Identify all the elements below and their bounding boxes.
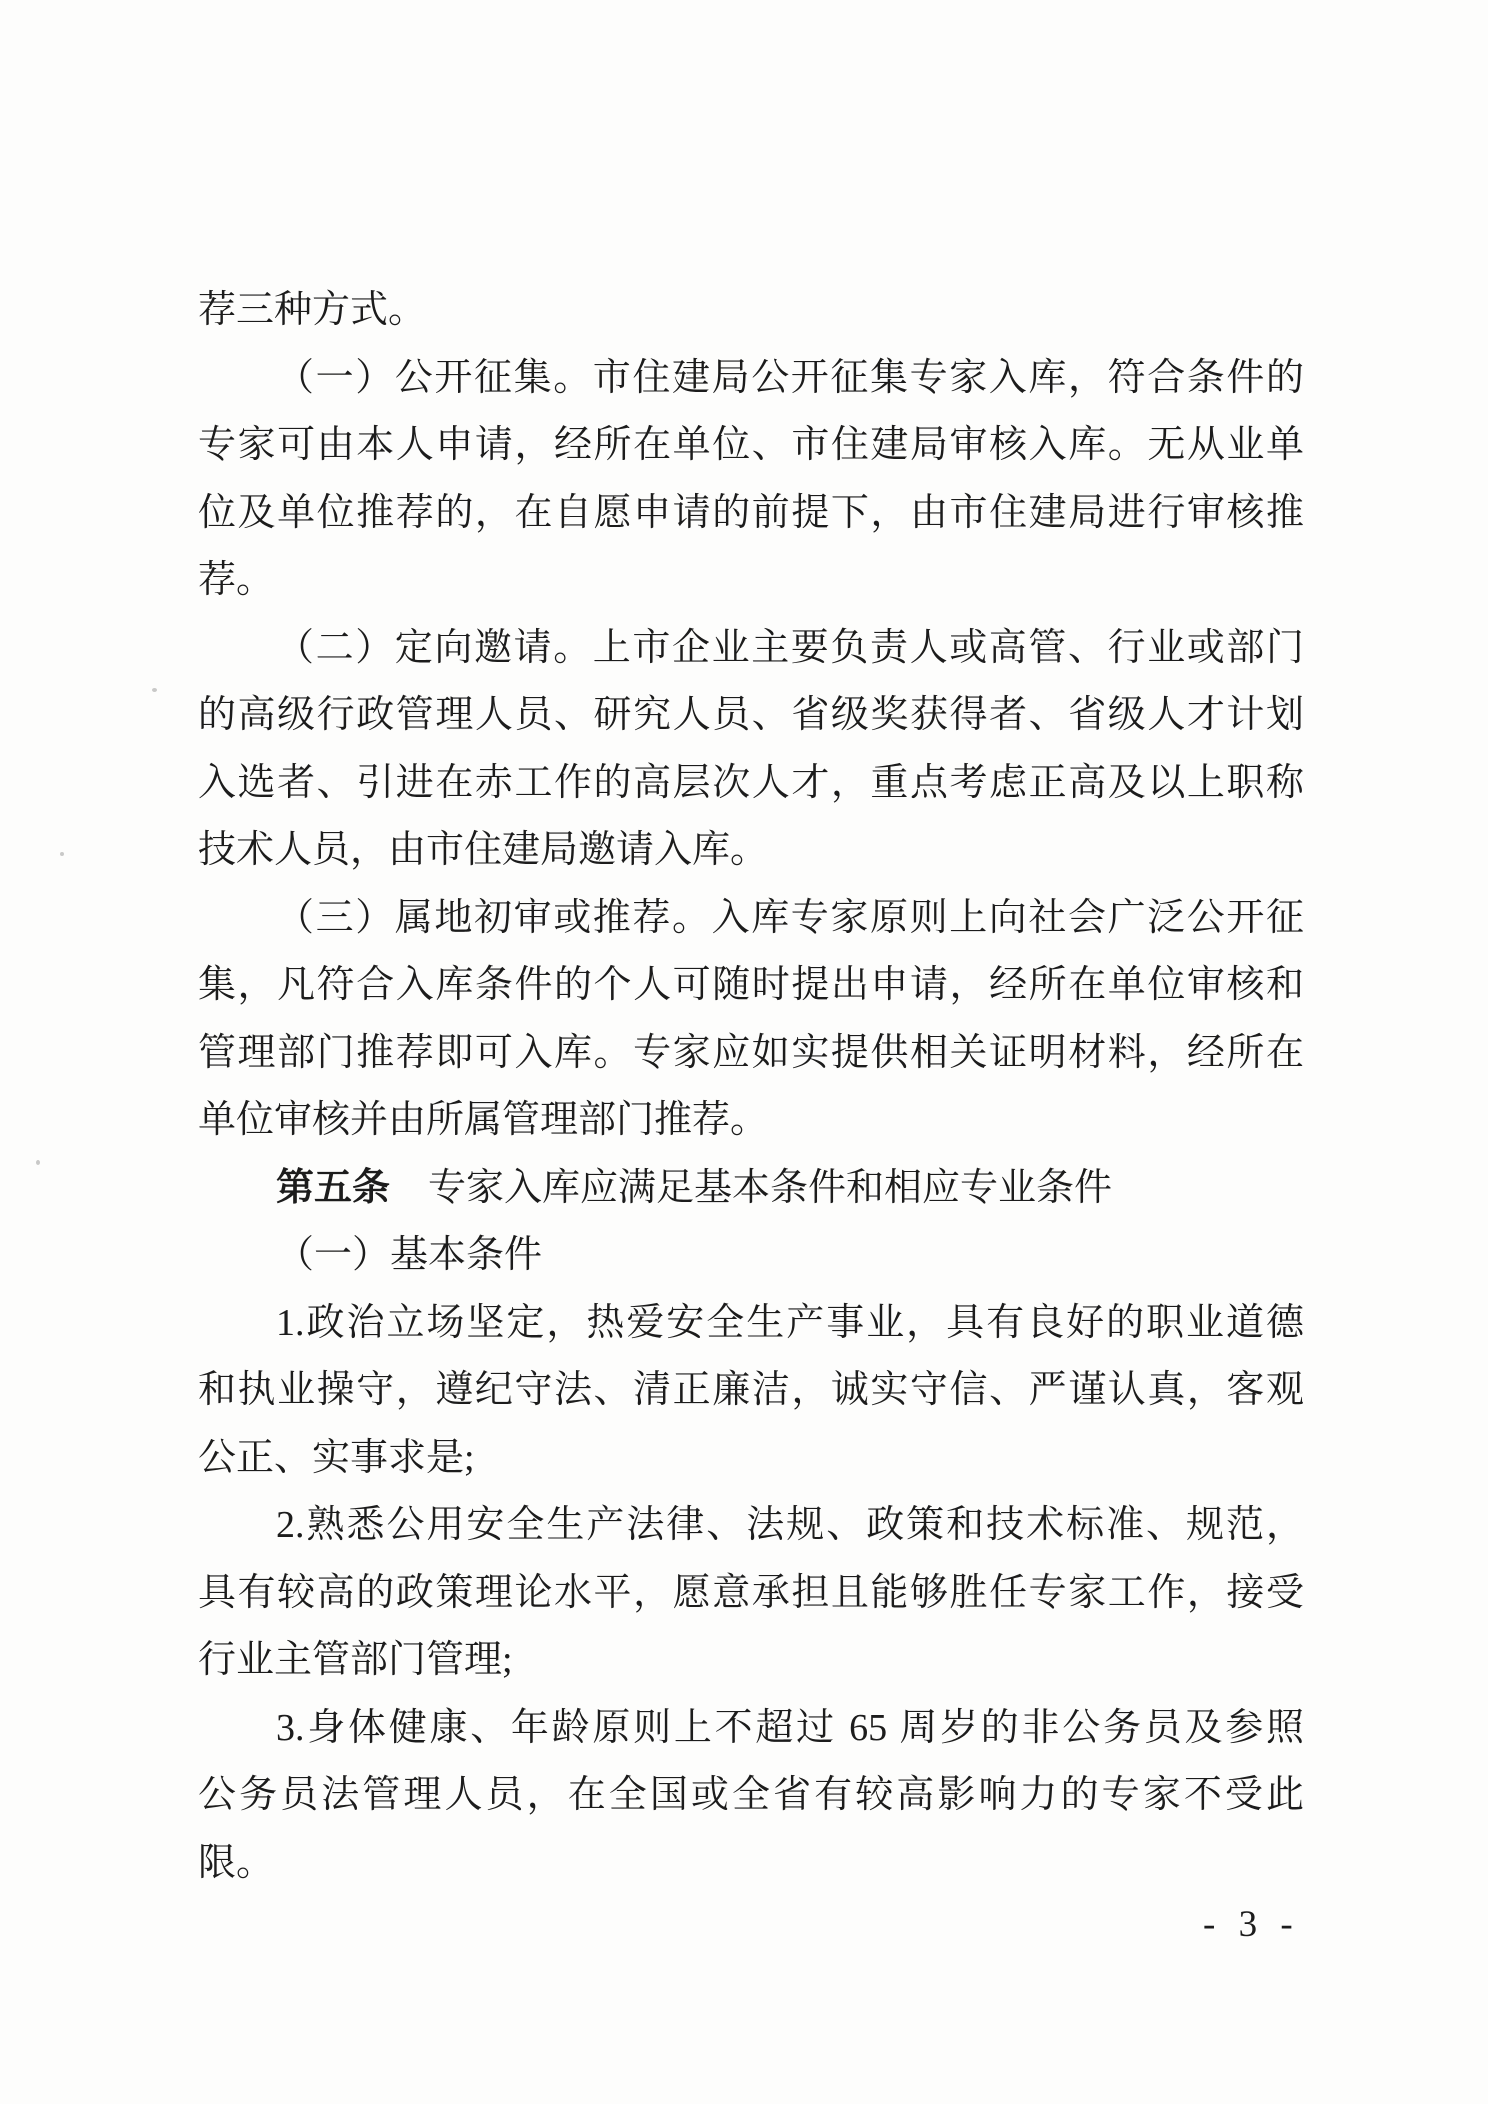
text-line: （一）基本条件 — [198, 1222, 1304, 1290]
text-line: 管理部门推荐即可入库。专家应如实提供相关证明材料，经所在 — [198, 1020, 1304, 1088]
text-line: 行业主管部门管理; — [198, 1627, 1304, 1695]
text-line: 具有较高的政策理论水平，愿意承担且能够胜任专家工作，接受 — [198, 1560, 1304, 1628]
text-line: 单位审核并由所属管理部门推荐。 — [198, 1087, 1304, 1155]
text-line: 集，凡符合入库条件的个人可随时提出申请，经所在单位审核和 — [198, 952, 1304, 1020]
page-number: - 3 - — [1203, 1903, 1300, 1946]
scan-speck — [60, 852, 64, 856]
text-line: （二）定向邀请。上市企业主要负责人或高管、行业或部门 — [198, 615, 1304, 683]
text-line: （三）属地初审或推荐。入库专家原则上向社会广泛公开征 — [198, 885, 1304, 953]
text-line: 技术人员，由市住建局邀请入库。 — [198, 817, 1304, 885]
text-line: 限。 — [198, 1830, 1304, 1898]
text-line: 公正、实事求是; — [198, 1425, 1304, 1493]
scan-speck — [36, 1160, 40, 1165]
text-line: 位及单位推荐的，在自愿申请的前提下，由市住建局进行审核推 — [198, 480, 1304, 548]
article-number-heading: 第五条 — [276, 1167, 390, 1209]
text-line: 入选者、引进在赤工作的高层次人才，重点考虑正高及以上职称 — [198, 750, 1304, 818]
text-line: 第五条 专家入库应满足基本条件和相应专业条件 — [198, 1155, 1304, 1223]
text-line: 荐三种方式。 — [198, 277, 1304, 345]
text-line: 荐。 — [198, 547, 1304, 615]
text-line: 3.身体健康、年龄原则上不超过 65 周岁的非公务员及参照 — [198, 1695, 1304, 1763]
scan-speck — [152, 688, 157, 692]
text-line: 公务员法管理人员，在全国或全省有较高影响力的专家不受此 — [198, 1762, 1304, 1830]
text-line: 和执业操守，遵纪守法、清正廉洁，诚实守信、严谨认真，客观 — [198, 1357, 1304, 1425]
text-line: 2.熟悉公用安全生产法律、法规、政策和技术标准、规范， — [198, 1492, 1304, 1560]
text-line: （一）公开征集。市住建局公开征集专家入库，符合条件的 — [198, 345, 1304, 413]
text-line: 1.政治立场坚定，热爱安全生产事业，具有良好的职业道德 — [198, 1290, 1304, 1358]
text-line: 专家可由本人申请，经所在单位、市住建局审核入库。无从业单 — [198, 412, 1304, 480]
document-text-block: 荐三种方式。（一）公开征集。市住建局公开征集专家入库，符合条件的专家可由本人申请… — [198, 277, 1304, 1897]
document-page: 荐三种方式。（一）公开征集。市住建局公开征集专家入库，符合条件的专家可由本人申请… — [0, 0, 1488, 2104]
text-line: 的高级行政管理人员、研究人员、省级奖获得者、省级人才计划 — [198, 682, 1304, 750]
